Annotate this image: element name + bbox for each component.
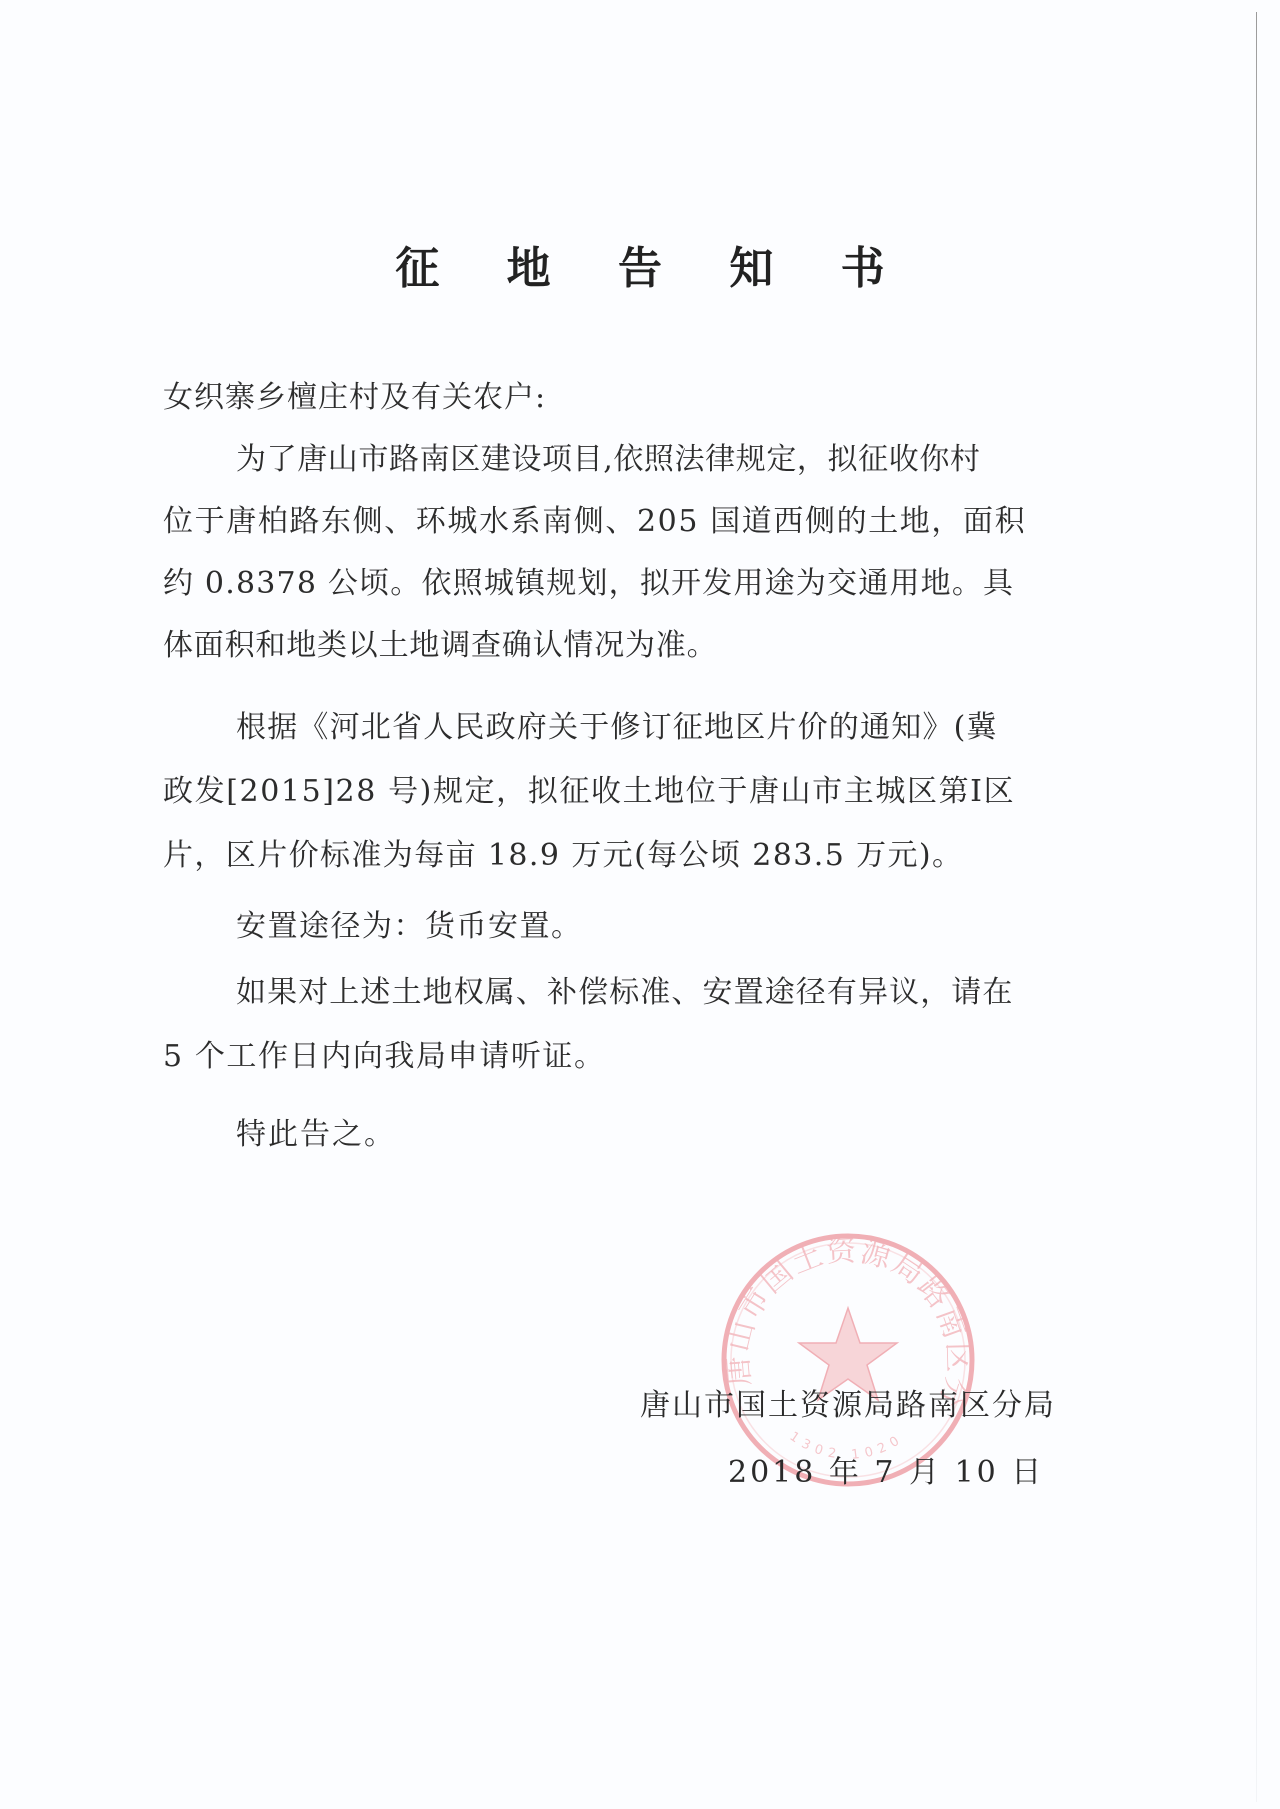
- paragraph-line: 5 个工作日内向我局申请听证。: [163, 1042, 606, 1072]
- paragraph-line: 位于唐柏路东侧、环城水系南侧、205 国道西侧的土地，面积: [163, 507, 1026, 537]
- paragraph-line: 约 0.8378 公顷。依照城镇规划，拟开发用途为交通用地。具: [163, 569, 1014, 599]
- paragraph-line: 体面积和地类以土地调查确认情况为准。: [163, 631, 717, 661]
- paragraph-line: 政发[2015]28 号)规定，拟征收土地位于唐山市主城区第Ⅰ区: [163, 777, 1015, 807]
- paragraph-line: 如果对上述土地权属、补偿标准、安置途径有异议，请在: [236, 978, 1014, 1008]
- paragraph-line: 特此告之。: [236, 1120, 396, 1150]
- paragraph-line: 为了唐山市路南区建设项目,依照法律规定，拟征收你村: [236, 445, 981, 475]
- issue-date: 2018 年 7 月 10 日: [728, 1447, 1044, 1491]
- issuing-organization: 唐山市国土资源局路南区分局: [640, 1380, 1056, 1424]
- paragraph-line: 片，区片价标准为每亩 18.9 万元(每公顷 283.5 万元)。: [163, 841, 963, 871]
- salutation-text: 女织寨乡檀庄村及有关农户:: [163, 383, 546, 413]
- paragraph-line: 安置途径为：货币安置。: [236, 912, 583, 942]
- document-page: 征 地 告 知 书 女织寨乡檀庄村及有关农户: 为了唐山市路南区建设项目,依照法…: [0, 0, 1280, 1809]
- document-title: 征 地 告 知 书: [0, 232, 1280, 296]
- paragraph-line: 根据《河北省人民政府关于修订征地区片价的通知》(冀: [236, 713, 998, 743]
